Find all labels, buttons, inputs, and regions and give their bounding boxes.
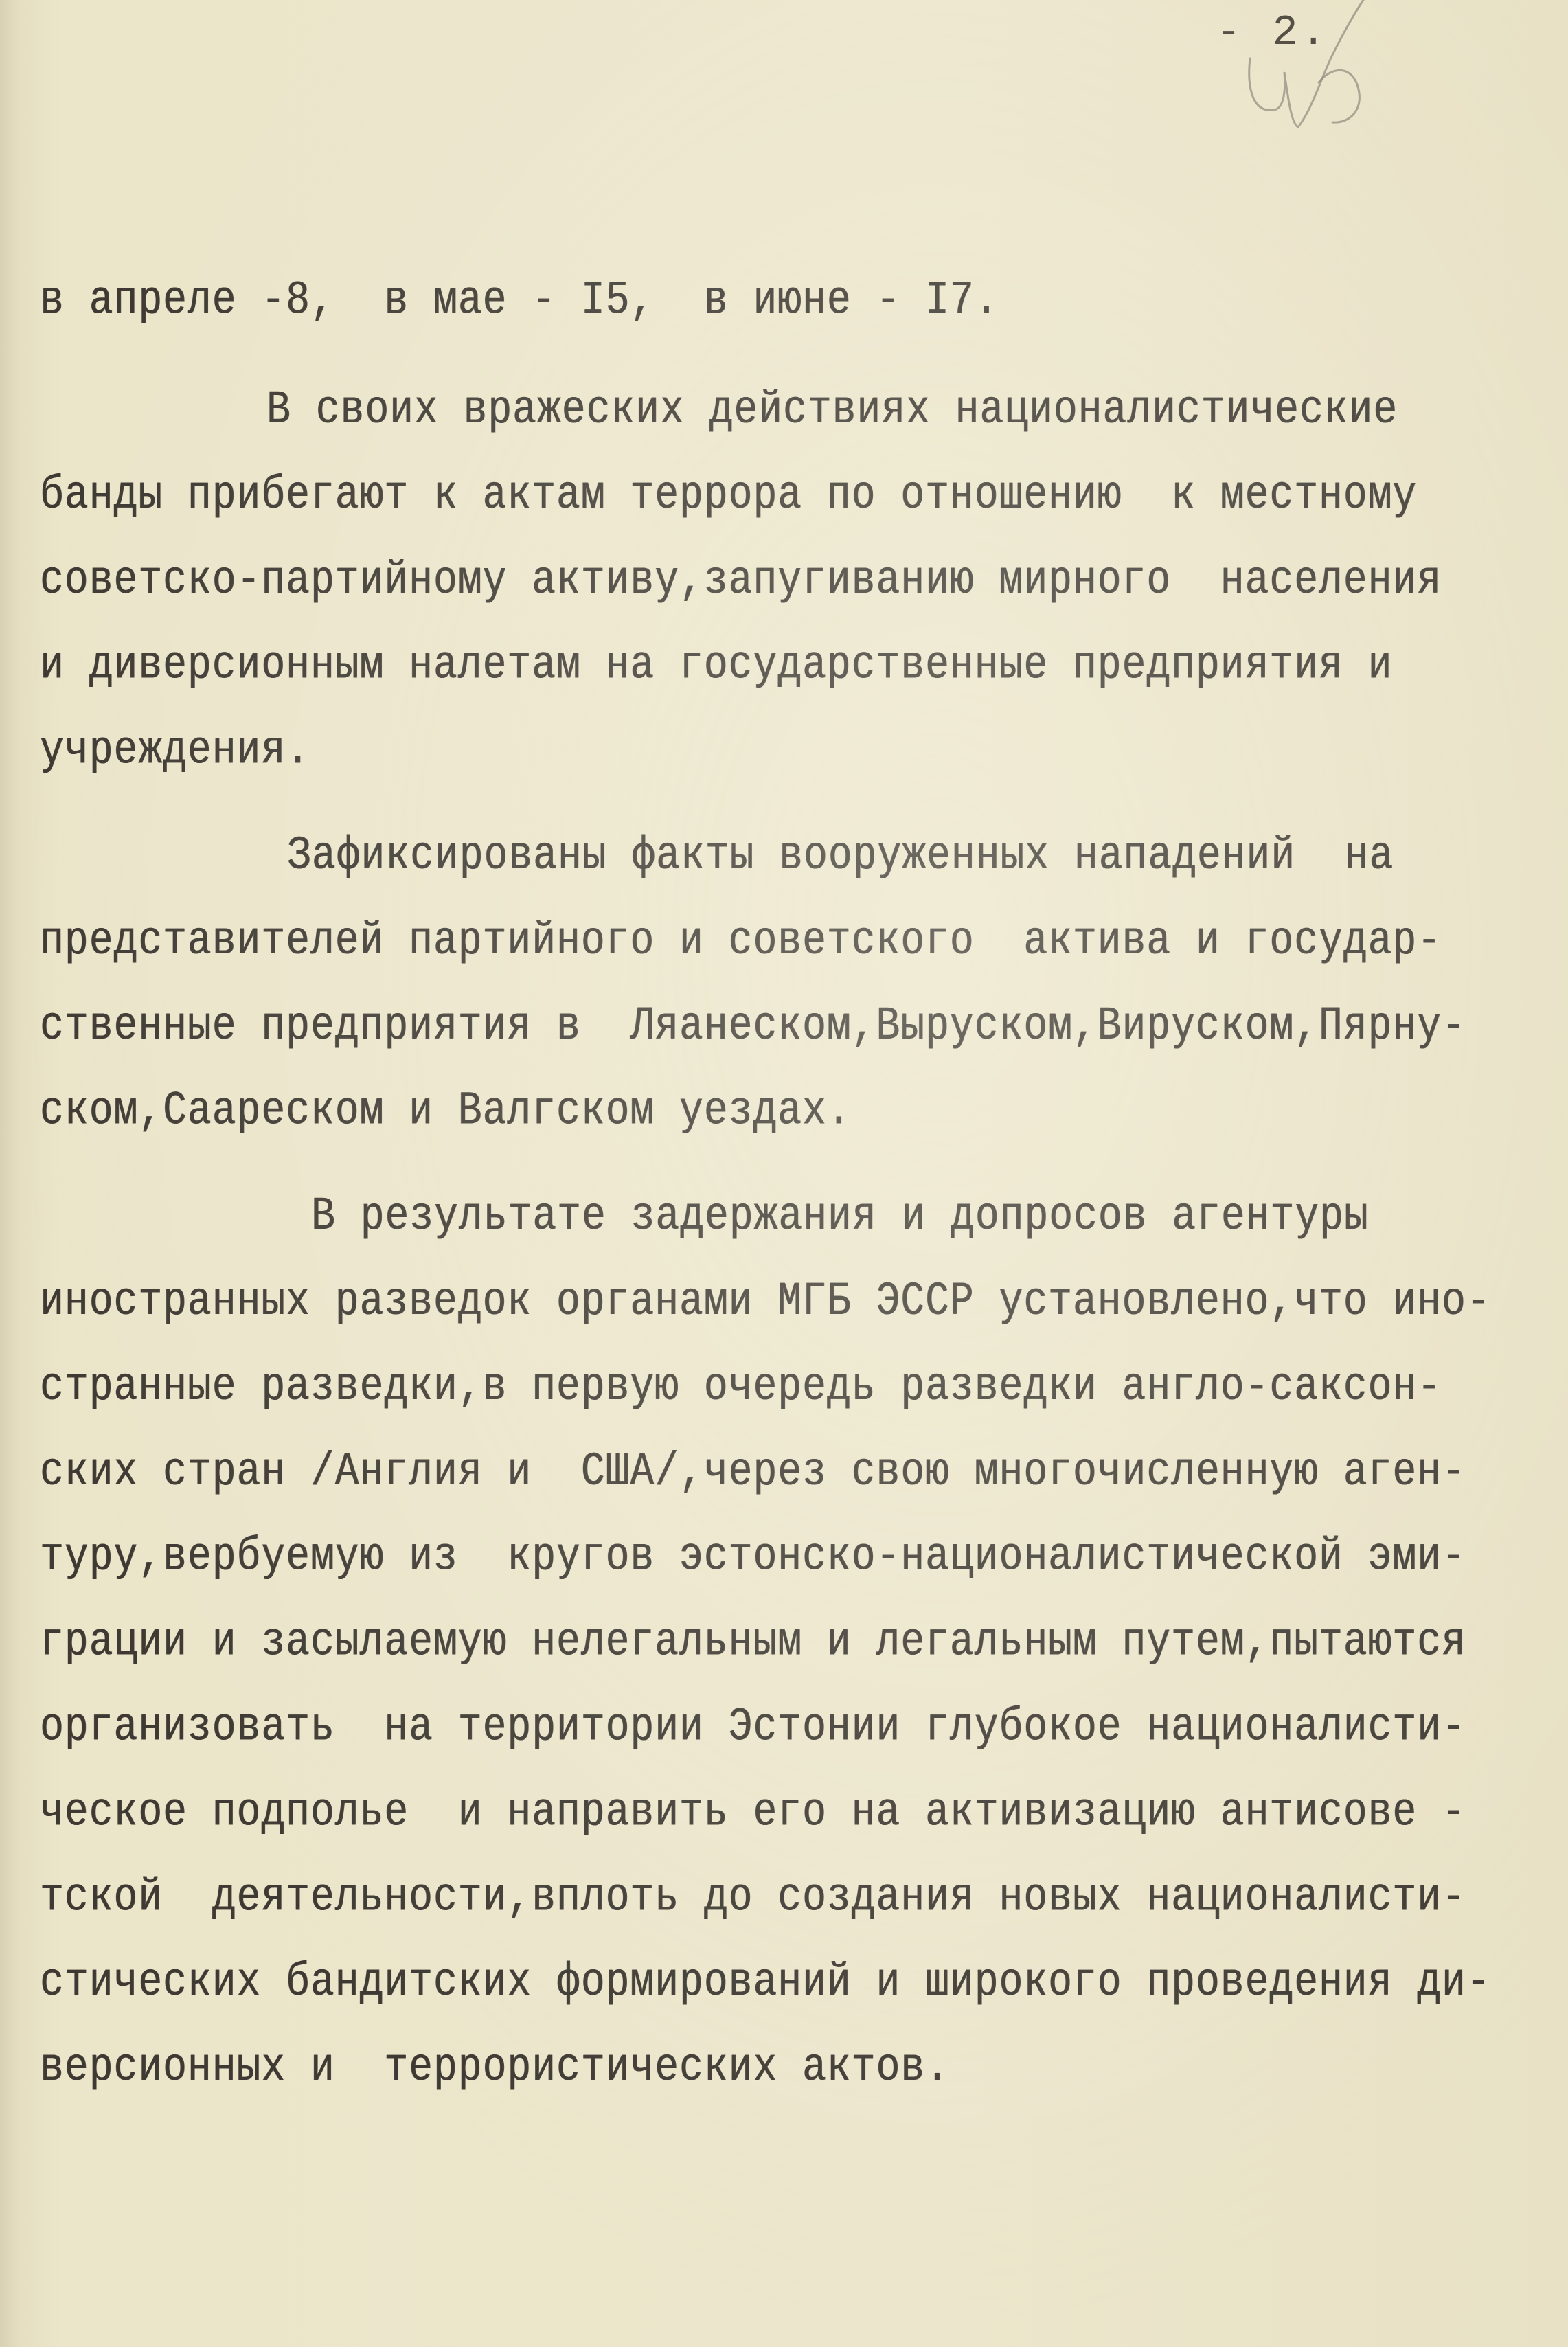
text-line: учреждения. [40,728,310,775]
text-line: иностранных разведок органами МГБ ЭССР у… [40,1279,1491,1326]
text-line: организовать на территории Эстонии глубо… [40,1705,1466,1751]
text-line: ственные предприятия в Ляанеском,Выруско… [40,1004,1466,1050]
text-line: В своих вражеских действиях националисти… [266,387,1398,434]
text-line: ских стран /Англия и США/,через свою мно… [40,1449,1466,1496]
text-line: ском,Саареском и Валгском уездах. [40,1089,852,1135]
text-line: в апреле -8, в мае - I5, в июне - I7. [40,278,999,325]
text-line: тской деятельности,вплоть до создания но… [40,1875,1466,1922]
text-line: советско-партийному активу,запугиванию м… [40,558,1442,604]
handwritten-pencil-annotation-icon [1236,0,1442,144]
text-line: туру,вербуемую из кругов эстонско-национ… [40,1534,1466,1581]
text-line: В результате задержания и допросов агент… [311,1194,1369,1240]
text-line: и диверсионным налетам на государственны… [40,643,1392,690]
text-line: Зафиксированы факты вооруженных нападени… [287,833,1394,880]
text-line: представителей партийного и советского а… [40,918,1442,965]
text-line: стических бандитских формирований и широ… [40,1960,1491,2007]
text-line: грации и засылаемую нелегальным и легаль… [40,1620,1466,1666]
text-line: ческое подполье и направить его на актив… [40,1790,1466,1837]
text-line: версионных и террористических актов. [40,2045,950,2091]
text-line: странные разведки,в первую очередь разве… [40,1364,1442,1411]
text-line: банды прибегают к актам террора по отнош… [40,473,1417,519]
document-page: - 2. в апреле -8, в мае - I5, в июне - I… [0,0,1568,2347]
